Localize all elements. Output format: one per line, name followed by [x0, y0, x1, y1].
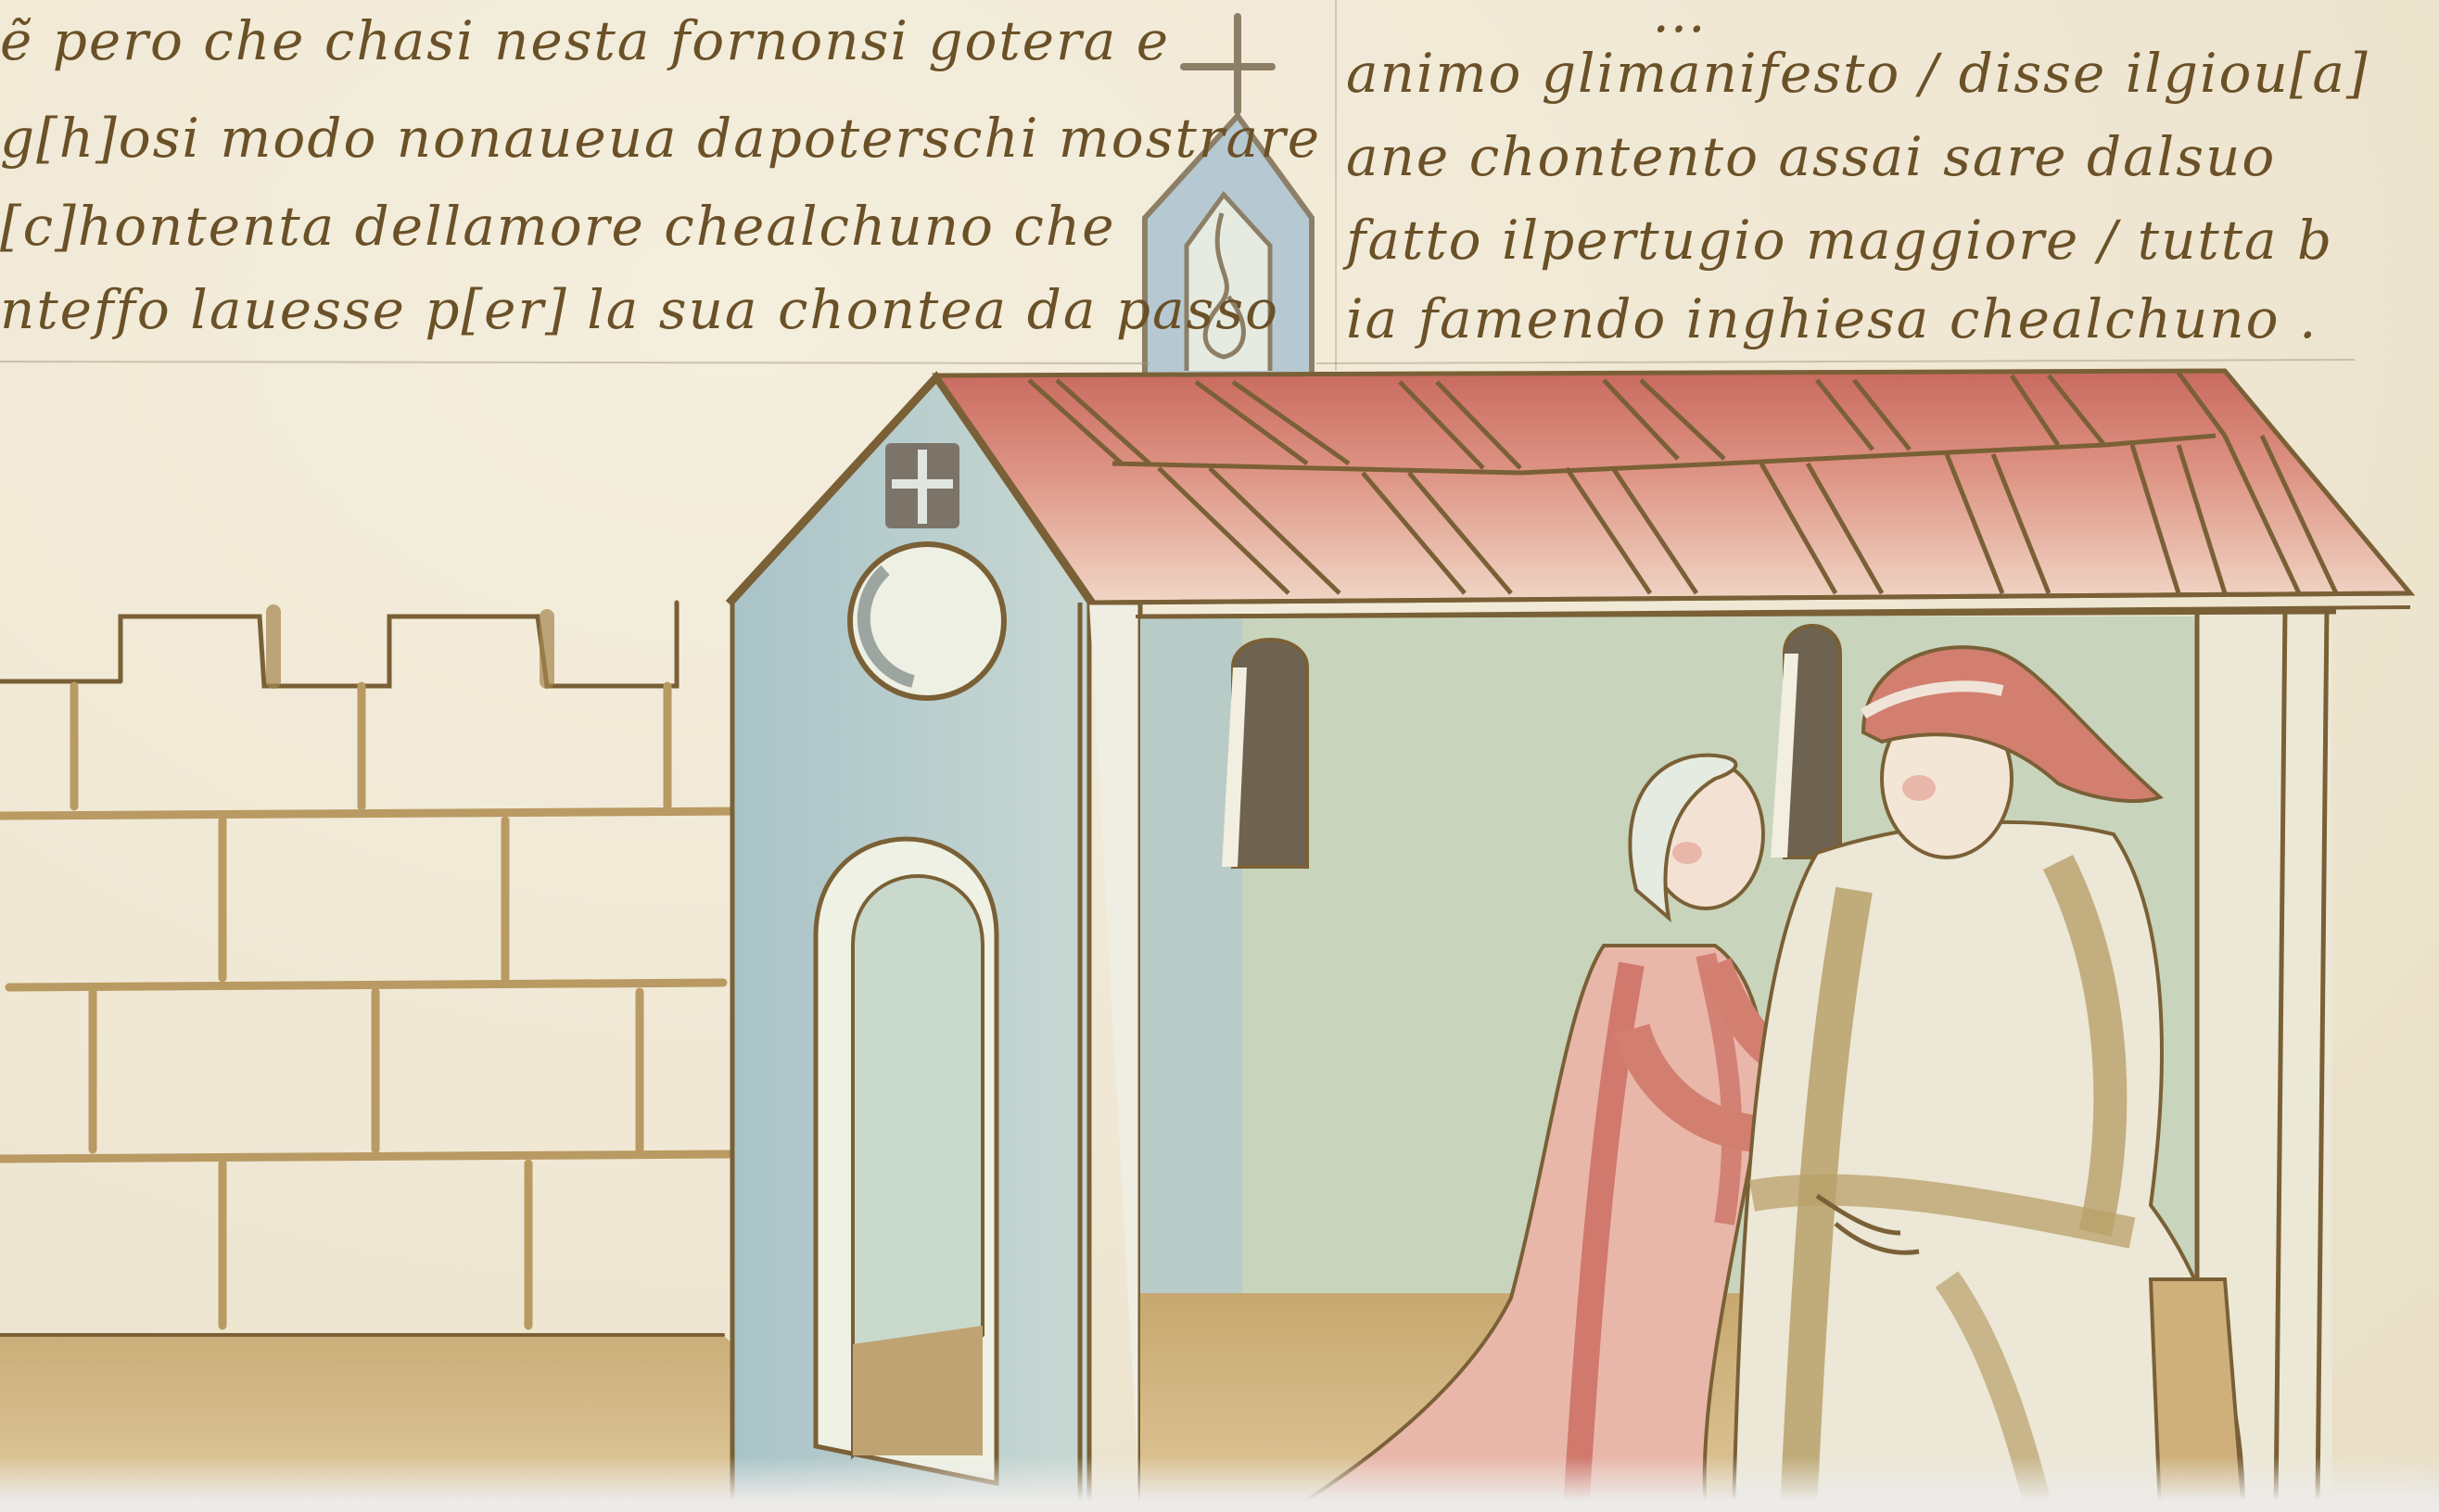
manuscript-page: ẽ pero che chasi nesta fornonsi gotera e…: [0, 0, 2439, 1512]
text-line: ane chontento assai sare dalsuo: [1346, 130, 2276, 184]
page-bottom-edge: [0, 1456, 2439, 1512]
oculus-window: [850, 544, 1004, 698]
text-line: animo glimanifesto / disse ilgiou[a]: [1346, 46, 2369, 100]
text-line: [c]hontenta dellamore chealchuno che: [0, 199, 1116, 253]
red-tile-roof: [936, 371, 2410, 616]
text-line: nteffo lauesse p[er] la sua chontea da p…: [0, 283, 1279, 337]
text-line: ẽ pero che chasi nesta fornonsi gotera e: [0, 14, 1170, 68]
text-line: g[h]osi modo nonaueua dapoterschi mostra…: [0, 111, 1321, 165]
text-fragment-top: …: [1652, 0, 1708, 44]
text-line: ia famendo inghiesa chealchuno .: [1346, 292, 2318, 346]
crenellated-wall: [0, 603, 742, 1335]
text-column-right: … animo glimanifesto / disse ilgiou[a] a…: [1335, 0, 2356, 371]
text-column-left: ẽ pero che chasi nesta fornonsi gotera e…: [0, 0, 1140, 371]
text-line: fatto ilpertugio maggiore / tutta b: [1346, 213, 2333, 267]
